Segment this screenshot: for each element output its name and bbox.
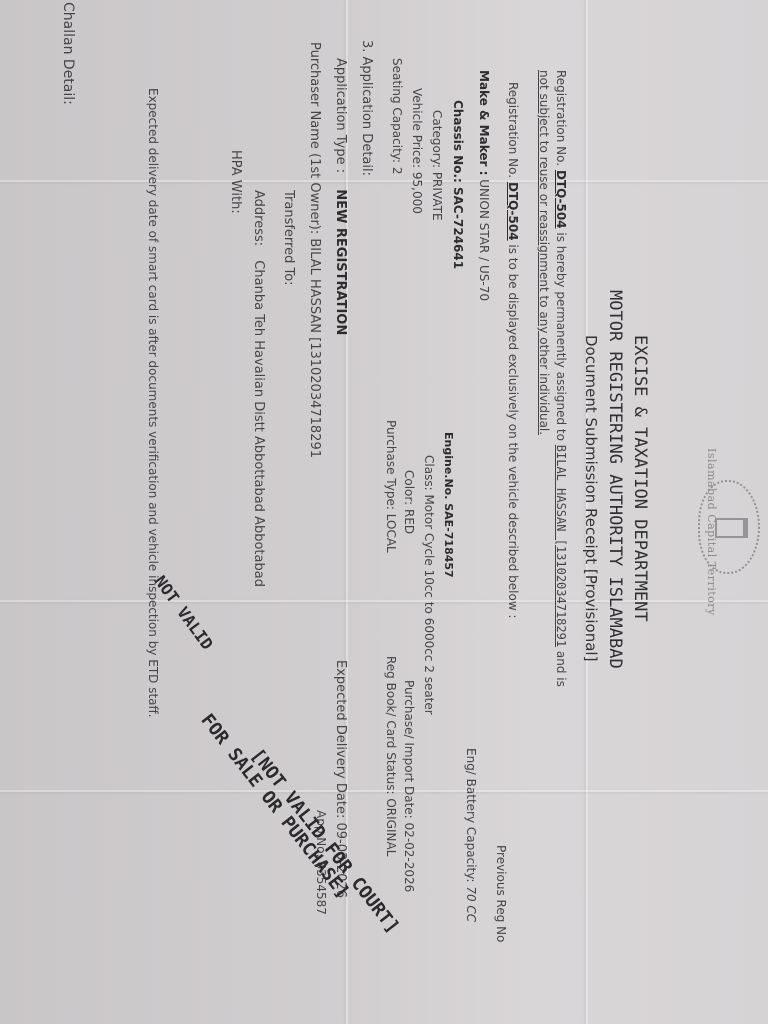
previous-reg-label: Previous Reg No xyxy=(494,845,508,942)
purchaser-row: Purchaser Name (1st Owner): BILAL HASSAN… xyxy=(307,42,322,458)
price-row: Vehicle Price: 95,000 xyxy=(410,88,424,214)
department-title: EXCISE & TAXATION DEPARTMENT xyxy=(630,335,650,622)
purchase-date-row: Purchase/ Import Date: 02-02-2026 xyxy=(402,680,416,892)
challan-heading: Challan Detail: xyxy=(60,2,76,105)
engine-capacity-row: Eng/ Battery Capacity: 70 CC xyxy=(464,748,478,922)
assignment-line-2: not subject to reuse or reassignment to … xyxy=(537,70,551,435)
receipt-paper: Islamabad Capital Territory EXCISE & TAX… xyxy=(0,0,768,1024)
chassis-row: Chassis No.: SAC-724641 xyxy=(451,100,465,269)
paper-fold xyxy=(0,180,768,182)
make-row: Make & Maker : UNION STAR / US-70 xyxy=(477,70,491,301)
assignment-line-1: Registration No. DTQ-504 is hereby perma… xyxy=(554,70,568,687)
territory-label: Islamabad Capital Territory xyxy=(705,448,718,616)
category-row: Category: PRIVATE xyxy=(430,110,444,221)
receipt-title: Document Submission Receipt [Provisional… xyxy=(582,335,600,661)
authority-title: MOTOR REGISTERING AUTHORITY ISLAMABAD xyxy=(605,290,625,669)
display-notice: Registration No. DTQ-504 is to be displa… xyxy=(506,82,520,619)
not-valid-for-sale-stamp: FOR SALE OR PURCHASE] xyxy=(196,710,353,902)
class-row: Class: Motor Cycle 10cc to 6000cc 2 seat… xyxy=(422,455,436,715)
engine-row: Engine.No. SAE-718457 xyxy=(442,432,455,578)
application-type-row: Application Type : NEW REGISTRATION xyxy=(333,58,348,335)
reg-no: DTQ-504 xyxy=(554,170,568,229)
owner-name: BILAL HASSAN [13102034718291 xyxy=(554,445,568,647)
address-row: Address: Chanba Teh Havalian Distt Abbot… xyxy=(251,190,266,587)
hpa-label: HPA With: xyxy=(228,150,243,214)
seating-row: Seating Capacity: 2 xyxy=(390,58,404,175)
transferred-to-label: Transferred To: xyxy=(281,190,296,286)
purchase-type-row: Purchase Type: LOCAL xyxy=(384,420,398,553)
color-row: Color: RED xyxy=(402,470,416,534)
not-valid-stamp: NOT VALID xyxy=(151,572,217,653)
application-section-heading: 3. Application Detail: xyxy=(359,40,374,176)
regbook-row: Reg Book/ Card Status: ORIGINAL xyxy=(384,656,398,856)
delivery-note: Expected delivery date of smart card is … xyxy=(146,88,160,718)
paper-fold xyxy=(0,600,768,602)
